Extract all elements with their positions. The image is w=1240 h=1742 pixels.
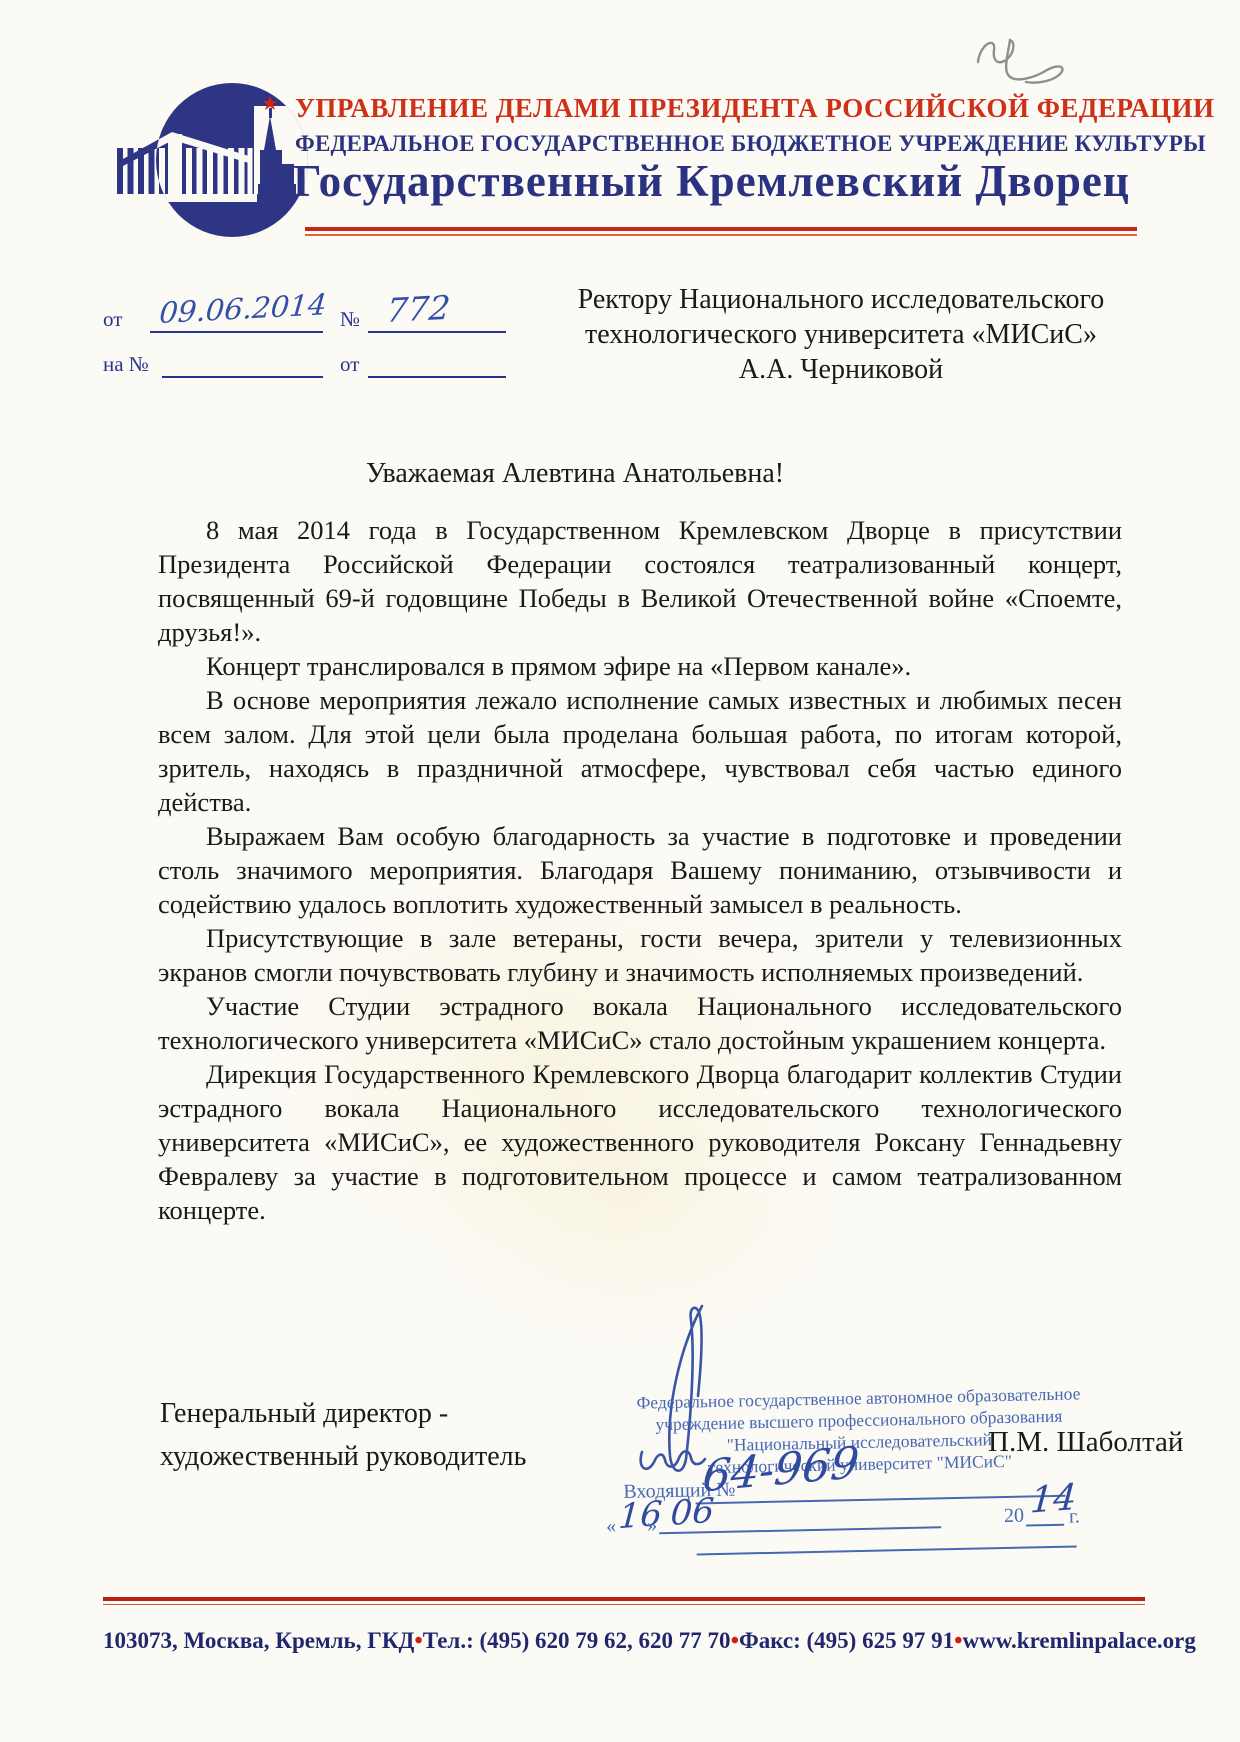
footer-address: 103073, Москва, Кремль, ГКД <box>103 1628 414 1654</box>
ref-ot-label: от <box>103 307 122 332</box>
stamp-year-line <box>1026 1524 1064 1527</box>
footer-bullet-icon: • <box>954 1628 962 1655</box>
header-rule <box>305 227 1137 236</box>
header-org-title: Государственный Кремлевский Дворец <box>293 155 1130 207</box>
pencil-mark-icon <box>950 20 1080 100</box>
signer-title-line1: Генеральный директор - <box>160 1392 526 1435</box>
paragraph: В основе мероприятия лежало исполнение с… <box>158 683 1122 819</box>
ref-na-no-line <box>162 376 323 378</box>
footer-rule <box>103 1597 1145 1605</box>
ref-ot2-label: от <box>340 352 359 377</box>
ref-number-line <box>368 331 506 333</box>
addressee-line2: технологического университета «МИСиС» <box>545 317 1137 352</box>
ref-ot2-line <box>368 376 506 378</box>
footer-phone: Тел.: (495) 620 79 62, 620 77 70 <box>423 1628 731 1654</box>
salutation: Уважаемая Алевтина Анатольевна! <box>160 458 990 490</box>
paragraph: Присутствующие в зале ветераны, гости ве… <box>158 921 1122 989</box>
signer-title-line2: художественный руководитель <box>160 1435 526 1478</box>
ref-date-line <box>150 331 323 333</box>
addressee-line3: А.А. Черниковой <box>545 352 1137 387</box>
ref-number-value: 772 <box>385 288 452 330</box>
footer-bullet-icon: • <box>414 1628 422 1655</box>
stamp-day-close-quote: » <box>647 1514 657 1537</box>
footer: 103073, Москва, Кремль, ГКД • Тел.: (495… <box>103 1628 1145 1655</box>
addressee-line1: Ректору Национального исследовательского <box>545 282 1137 317</box>
ref-date-value: 09.06.2014 <box>158 287 328 330</box>
stamp-day-open-quote: « <box>606 1515 616 1538</box>
paragraph: 8 мая 2014 года в Государственном Кремле… <box>158 513 1122 649</box>
letter-page: УПРАВЛЕНИЕ ДЕЛАМИ ПРЕЗИДЕНТА РОССИЙСКОЙ … <box>0 0 1240 1742</box>
paragraph: Концерт транслировался в прямом эфире на… <box>158 649 1122 683</box>
incoming-stamp: Федеральное государственное автономное о… <box>598 1375 1122 1571</box>
header-org-line1: УПРАВЛЕНИЕ ДЕЛАМИ ПРЕЗИДЕНТА РОССИЙСКОЙ … <box>295 93 1215 124</box>
stamp-bottom-line <box>697 1545 1077 1555</box>
paragraph: Дирекция Государственного Кремлевского Д… <box>158 1057 1122 1227</box>
paragraph: Участие Студии эстрадного вокала Национа… <box>158 989 1122 1057</box>
footer-website: www.kremlinpalace.org <box>963 1628 1196 1654</box>
ref-no-label: № <box>340 307 360 332</box>
stamp-year-prefix: 20 <box>1004 1505 1024 1528</box>
gkd-logo <box>100 60 315 245</box>
footer-fax: Факс: (495) 625 97 91 <box>739 1628 954 1654</box>
header-org-line2: ФЕДЕРАЛЬНОЕ ГОСУДАРСТВЕННОЕ БЮДЖЕТНОЕ УЧ… <box>295 131 1206 157</box>
letter-body: 8 мая 2014 года в Государственном Кремле… <box>158 513 1122 1227</box>
footer-bullet-icon: • <box>731 1628 739 1655</box>
signer-title: Генеральный директор - художественный ру… <box>160 1392 526 1478</box>
addressee-block: Ректору Национального исследовательского… <box>545 282 1137 387</box>
paragraph: Выражаем Вам особую благодарность за уча… <box>158 819 1122 921</box>
stamp-month-value: 06 <box>669 1491 715 1534</box>
stamp-year-suffix: г. <box>1069 1505 1080 1528</box>
ref-na-no-label: на № <box>103 352 149 377</box>
